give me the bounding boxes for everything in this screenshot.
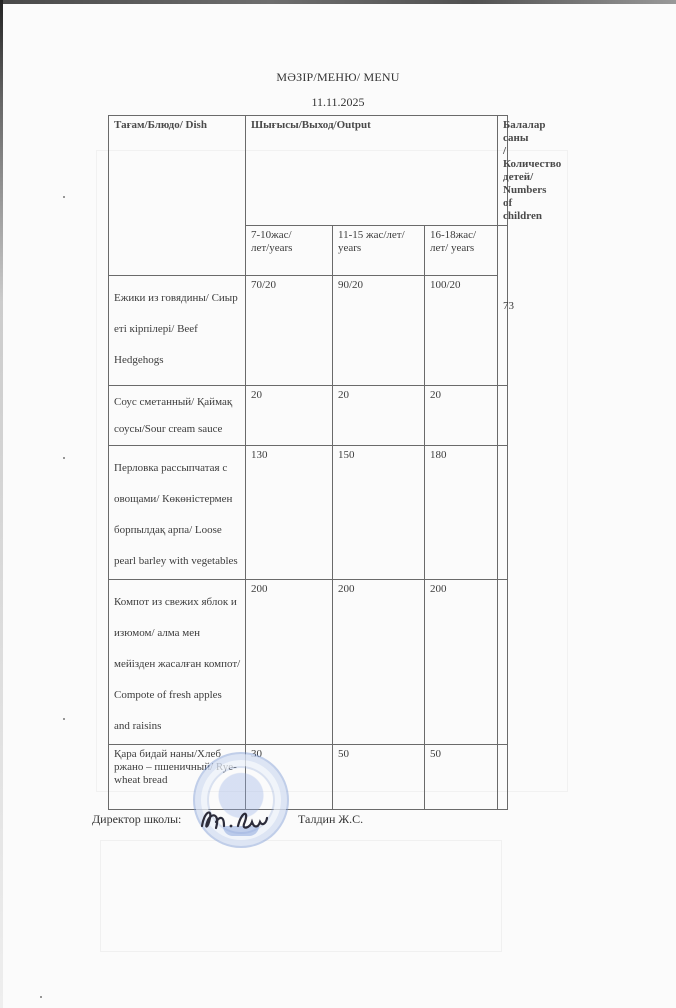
director-name: Талдин Ж.С. — [298, 812, 363, 827]
children-count: 73 — [498, 226, 508, 386]
output-7-10: 130 — [246, 446, 333, 580]
age-group-11-15: 11-15 жас/лет/ years — [333, 226, 425, 276]
output-11-15: 150 — [333, 446, 425, 580]
children-count-header: Балалар саны /Количество детей/ Numbers … — [498, 116, 508, 226]
output-7-10: 20 — [246, 386, 333, 446]
dish-name: Перловка рассыпчатая с овощами/ Көкөніст… — [114, 449, 241, 577]
output-7-10: 200 — [246, 580, 333, 745]
output-16-18: 50 — [425, 745, 498, 810]
scan-edge-left — [0, 0, 3, 1008]
children-count-empty — [498, 386, 508, 446]
signature-row: Директор школы: Талдин Ж.С. — [92, 812, 181, 827]
dish-header: Тағам/Блюдо/ Dish — [109, 116, 246, 276]
scan-speck — [63, 718, 65, 720]
document-title: МӘЗІР/МЕНЮ/ MENU — [0, 70, 676, 85]
signature-icon — [198, 806, 268, 832]
scan-speck — [40, 996, 42, 998]
children-count-empty — [498, 446, 508, 580]
output-11-15: 90/20 — [333, 276, 425, 386]
children-count-empty — [498, 745, 508, 810]
dish-cell: Ежики из говядины/ Сиыр еті кірпілері/ B… — [109, 276, 246, 386]
dish-name: Ежики из говядины/ Сиыр еті кірпілері/ B… — [114, 279, 241, 376]
document-date: 11.11.2025 — [0, 95, 676, 110]
table-row: Перловка рассыпчатая с овощами/ Көкөніст… — [109, 446, 508, 580]
header-row: Тағам/Блюдо/ Dish Шығысы/Выход/Output Ба… — [109, 116, 508, 226]
dish-name: Компот из свежих яблок и изюмом/ алма ме… — [114, 583, 241, 742]
output-11-15: 20 — [333, 386, 425, 446]
director-label: Директор школы: — [92, 812, 181, 826]
age-group-16-18: 16-18жас/лет/ years — [425, 226, 498, 276]
official-stamp-icon — [193, 752, 289, 848]
show-through-lines — [100, 840, 502, 952]
table-row: Ежики из говядины/ Сиыр еті кірпілері/ B… — [109, 276, 508, 386]
output-header: Шығысы/Выход/Output — [246, 116, 498, 226]
scan-speck — [63, 457, 65, 459]
output-16-18: 180 — [425, 446, 498, 580]
output-16-18: 100/20 — [425, 276, 498, 386]
output-11-15: 50 — [333, 745, 425, 810]
dish-cell: Компот из свежих яблок и изюмом/ алма ме… — [109, 580, 246, 745]
children-count-empty — [498, 580, 508, 745]
scan-edge-top — [0, 0, 676, 4]
table-row: Қара бидай наны/Хлеб ржано – пшеничный/ … — [109, 745, 508, 810]
menu-table: Тағам/Блюдо/ Dish Шығысы/Выход/Output Ба… — [108, 115, 508, 810]
output-16-18: 20 — [425, 386, 498, 446]
scan-speck — [63, 196, 65, 198]
age-group-7-10: 7-10жас/лет/years — [246, 226, 333, 276]
table-row: Компот из свежих яблок и изюмом/ алма ме… — [109, 580, 508, 745]
output-7-10: 70/20 — [246, 276, 333, 386]
dish-cell: Соус сметанный/ Қаймақ соусы/Sour cream … — [109, 386, 246, 446]
table-row: Соус сметанный/ Қаймақ соусы/Sour cream … — [109, 386, 508, 446]
dish-name: Соус сметанный/ Қаймақ соусы/Sour cream … — [114, 389, 241, 443]
dish-cell: Перловка рассыпчатая с овощами/ Көкөніст… — [109, 446, 246, 580]
output-16-18: 200 — [425, 580, 498, 745]
output-11-15: 200 — [333, 580, 425, 745]
